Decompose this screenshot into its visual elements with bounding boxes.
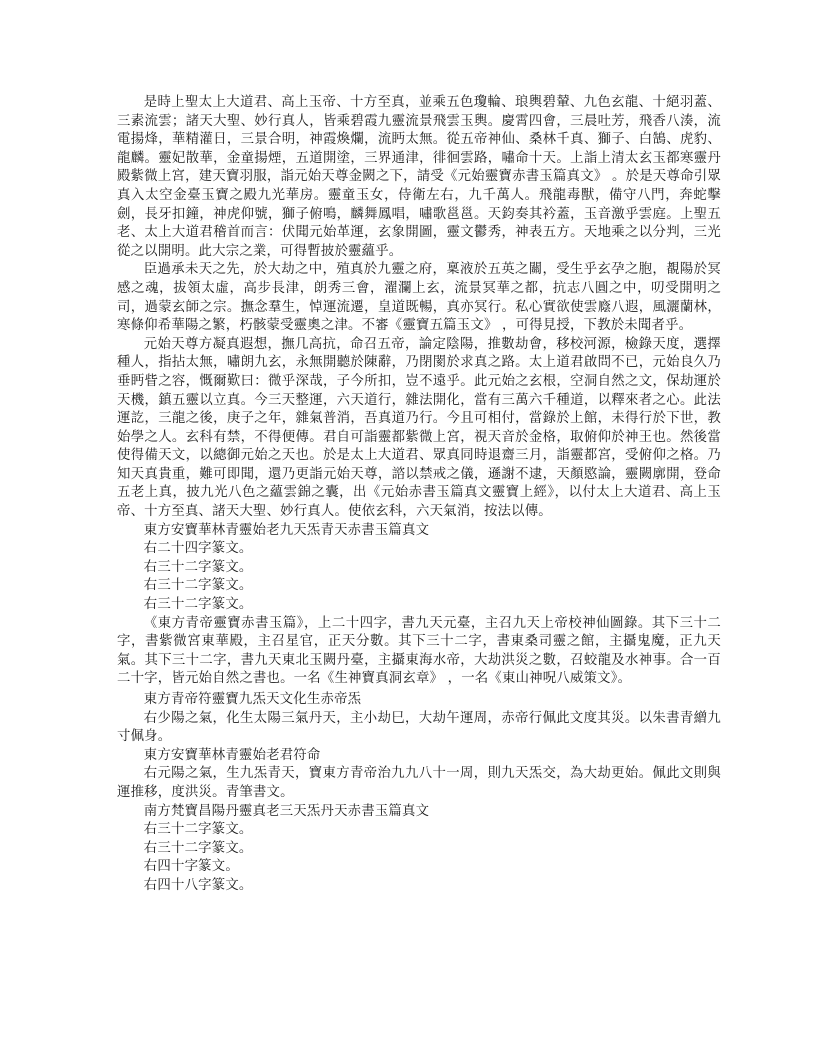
note-line: 右三十二字篆文。	[117, 577, 721, 596]
section-heading: 東方安寶華林青靈始老九天炁青天赤書玉篇真文	[117, 522, 721, 541]
section-text: 右元陽之氣，生九炁青天，寶東方青帝治九九八十一周，則九天炁交，為大劫更始。佩此文…	[117, 765, 721, 802]
document-page: 是時上聖太上大道君、高上玉帝、十方至真，並乘五色瓊輪、琅輿碧輦、九色玄龍、十絕羽…	[117, 94, 721, 896]
body-paragraph: 臣過承未天之先，於大劫之中，殖真於九靈之府，稟液於五英之關，受生乎玄孕之胞，覩陽…	[117, 261, 721, 335]
body-paragraph: 是時上聖太上大道君、高上玉帝、十方至真，並乘五色瓊輪、琅輿碧輦、九色玄龍、十絕羽…	[117, 94, 721, 261]
note-line: 右四十八字篆文。	[117, 877, 721, 896]
section-heading: 南方梵寶昌陽丹靈真老三天炁丹天赤書玉篇真文	[117, 803, 721, 822]
commentary-paragraph: 《東方青帝靈寶赤書玉篇》，上二十四字，書九天元臺，主召九天上帝校神仙圖錄。其下三…	[117, 615, 721, 689]
note-line: 右三十二字篆文。	[117, 559, 721, 578]
note-line: 右三十二字篆文。	[117, 840, 721, 859]
section-heading: 東方青帝符靈寶九炁天文化生赤帝炁	[117, 691, 721, 710]
note-line: 右二十四字篆文。	[117, 540, 721, 559]
note-line: 右四十字篆文。	[117, 858, 721, 877]
body-paragraph: 元始天尊方凝真遐想，撫几高抗，命召五帝，論定陰陽，推數劫會，移校河源，檢錄天度，…	[117, 336, 721, 522]
section-heading: 東方安寶華林青靈始老君符命	[117, 747, 721, 766]
section-text: 右少陽之氣，化生太陽三氣丹天，主小劫巳，大劫午運周，赤帝行佩此文度其災。以朱書青…	[117, 710, 721, 747]
note-line: 右三十二字篆文。	[117, 596, 721, 615]
note-line: 右三十二字篆文。	[117, 821, 721, 840]
